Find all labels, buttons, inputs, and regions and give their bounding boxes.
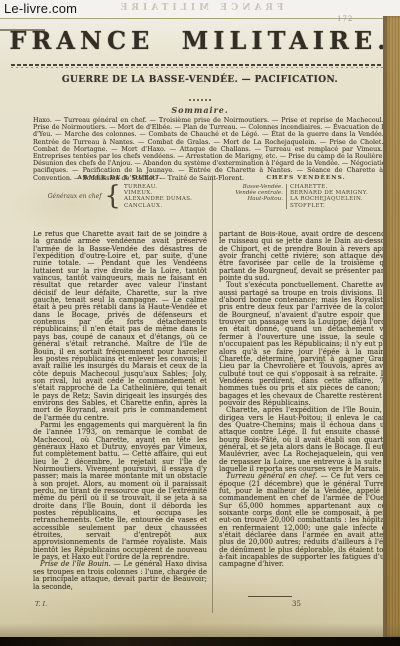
page-number: 35 xyxy=(292,600,301,608)
folio-stamp: 172 xyxy=(337,15,353,23)
body-column-right: partant de Bois-Roué, avait ordre de des… xyxy=(219,231,393,603)
paragraph-text: Parmi les engagements qui marquèrent la … xyxy=(33,421,207,561)
article-body: Le refus que Charette avait fait de se j… xyxy=(33,231,393,603)
sommaire-text: Haxo. — Turreau général en chef. — Trois… xyxy=(33,117,393,182)
paragraph-text: — Ce fut vers cette époque (21 décembre)… xyxy=(219,472,393,568)
paper-page: FRANCE MILITAIRE. GUERRE DE LA BASSE-VEN… xyxy=(0,18,400,640)
chief-row: STOFFLET. xyxy=(219,203,393,209)
army-west-column: ARMÉE DE L'OUEST. Généraux en chef { TUR… xyxy=(33,175,207,229)
paragraph-text: Le refus que Charette avait fait de se j… xyxy=(33,231,207,422)
scanner-background-band xyxy=(0,637,400,646)
paragraph: Tout s'exécuta ponctuellement. Charette … xyxy=(219,282,393,407)
page-title: FRANCE MILITAIRE. xyxy=(0,26,400,55)
paragraph-text: partant de Bois-Roué, avait ordre de des… xyxy=(219,231,393,282)
vendean-chiefs-header: CHEFS VENDÉENS. xyxy=(219,175,393,181)
vendean-chiefs-column: CHEFS VENDÉENS. Basse-Vendée. CHARETTE. … xyxy=(219,175,393,229)
paragraph: Le refus que Charette avait fait de se j… xyxy=(33,231,207,422)
volume-mark: T. I. xyxy=(35,600,47,608)
paragraph: partant de Bois-Roué, avait ordre de des… xyxy=(219,231,393,282)
brace-glyph: { xyxy=(104,184,121,208)
paragraph: Charette, après l'expédition de l'île Bo… xyxy=(219,407,393,473)
scan-corner-shadow xyxy=(0,29,45,31)
generals-names: TURREAU. VIMEUX. ALEXANDRE DUMAS. CANCLA… xyxy=(124,184,192,209)
page-bottom-shadow xyxy=(0,623,400,637)
body-column-left: Le refus que Charette avait fait de se j… xyxy=(33,231,207,603)
book-page-edges xyxy=(383,16,400,637)
article-heading: GUERRE DE LA BASSE-VENDÉE. — PACIFICATIO… xyxy=(0,75,400,85)
leaders-table: ARMÉE DE L'OUEST. Généraux en chef { TUR… xyxy=(33,175,393,229)
paragraph: Parmi les engagements qui marquèrent la … xyxy=(33,422,207,562)
chief-region-label xyxy=(219,203,286,209)
paragraph-text: Tout s'exécuta ponctuellement. Charette … xyxy=(219,281,393,407)
chief-name: STOFFLET. xyxy=(286,203,325,209)
generals-role-label: Généraux en chef xyxy=(48,193,102,200)
bookseller-watermark: Le-livre.com xyxy=(4,1,77,16)
sommaire-label: Sommaire. xyxy=(0,105,400,115)
masthead-rule xyxy=(11,64,384,68)
generals-row: Généraux en chef { TURREAU. VIMEUX. ALEX… xyxy=(33,184,207,209)
ornament-divider xyxy=(189,97,211,101)
footer-rule xyxy=(248,596,292,597)
general-name: ALEXANDRE DUMAS. xyxy=(124,196,192,202)
scanned-page: FRANCE MILITAIRE Le-livre.com 172 FRANCE… xyxy=(0,0,400,646)
army-west-header: ARMÉE DE L'OUEST. xyxy=(33,175,207,181)
paragraph-text: Charette, après l'expédition de l'île Bo… xyxy=(219,406,393,473)
general-name: CANCLAUX. xyxy=(124,203,192,209)
paragraph: Prise de l'île Bouin. — Le général Haxo … xyxy=(33,561,207,590)
paragraph: Turreau général en chef. — Ce fut vers c… xyxy=(219,473,393,568)
